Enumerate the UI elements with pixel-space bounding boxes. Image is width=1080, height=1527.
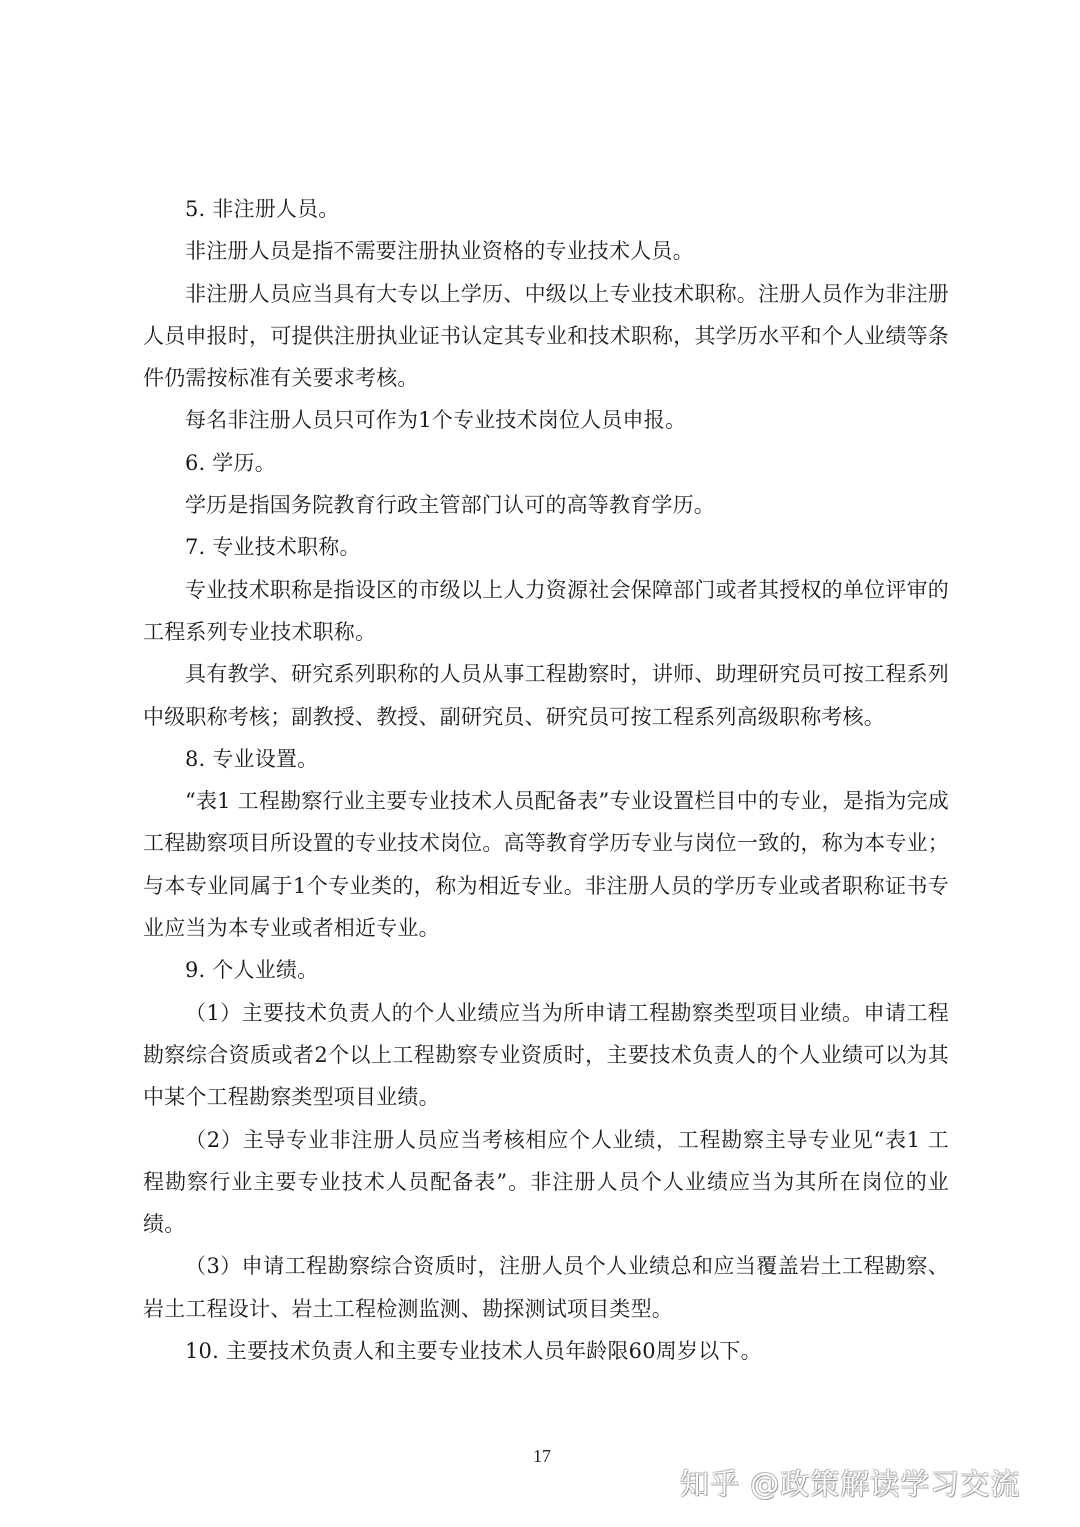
heading-age-limit: 10. 主要技术负责人和主要专业技术人员年龄限60周岁以下。: [143, 1330, 949, 1372]
paragraph: 每名非注册人员只可作为1个专业技术岗位人员申报。: [143, 399, 949, 441]
paragraph: 非注册人员应当具有大专以上学历、中级以上专业技术职称。注册人员作为非注册人员申报…: [143, 273, 949, 400]
paragraph: （2）主导专业非注册人员应当考核相应个人业绩，工程勘察主导专业见“表1 工程勘察…: [143, 1119, 949, 1246]
paragraph: （3）申请工程勘察综合资质时，注册人员个人业绩总和应当覆盖岩土工程勘察、岩土工程…: [143, 1245, 949, 1330]
heading-professional-title: 7. 专业技术职称。: [143, 526, 949, 568]
heading-education: 6. 学历。: [143, 442, 949, 484]
watermark: 知乎 @政策解读学习交流: [680, 1462, 1020, 1503]
paragraph: 学历是指国务院教育行政主管部门认可的高等教育学历。: [143, 484, 949, 526]
heading-specialty-setting: 8. 专业设置。: [143, 738, 949, 780]
paragraph: （1）主要技术负责人的个人业绩应当为所申请工程勘察类型项目业绩。申请工程勘察综合…: [143, 992, 949, 1119]
paragraph: 具有教学、研究系列职称的人员从事工程勘察时，讲师、助理研究员可按工程系列中级职称…: [143, 653, 949, 738]
document-body: 5. 非注册人员。 非注册人员是指不需要注册执业资格的专业技术人员。 非注册人员…: [143, 188, 949, 1372]
heading-non-registered-personnel: 5. 非注册人员。: [143, 188, 949, 230]
page-number: 17: [533, 1446, 551, 1467]
paragraph: “表1 工程勘察行业主要专业技术人员配备表”专业设置栏目中的专业，是指为完成工程…: [143, 780, 949, 949]
paragraph: 专业技术职称是指设区的市级以上人力资源社会保障部门或者其授权的单位评审的工程系列…: [143, 569, 949, 654]
paragraph: 非注册人员是指不需要注册执业资格的专业技术人员。: [143, 230, 949, 272]
heading-personal-performance: 9. 个人业绩。: [143, 949, 949, 991]
